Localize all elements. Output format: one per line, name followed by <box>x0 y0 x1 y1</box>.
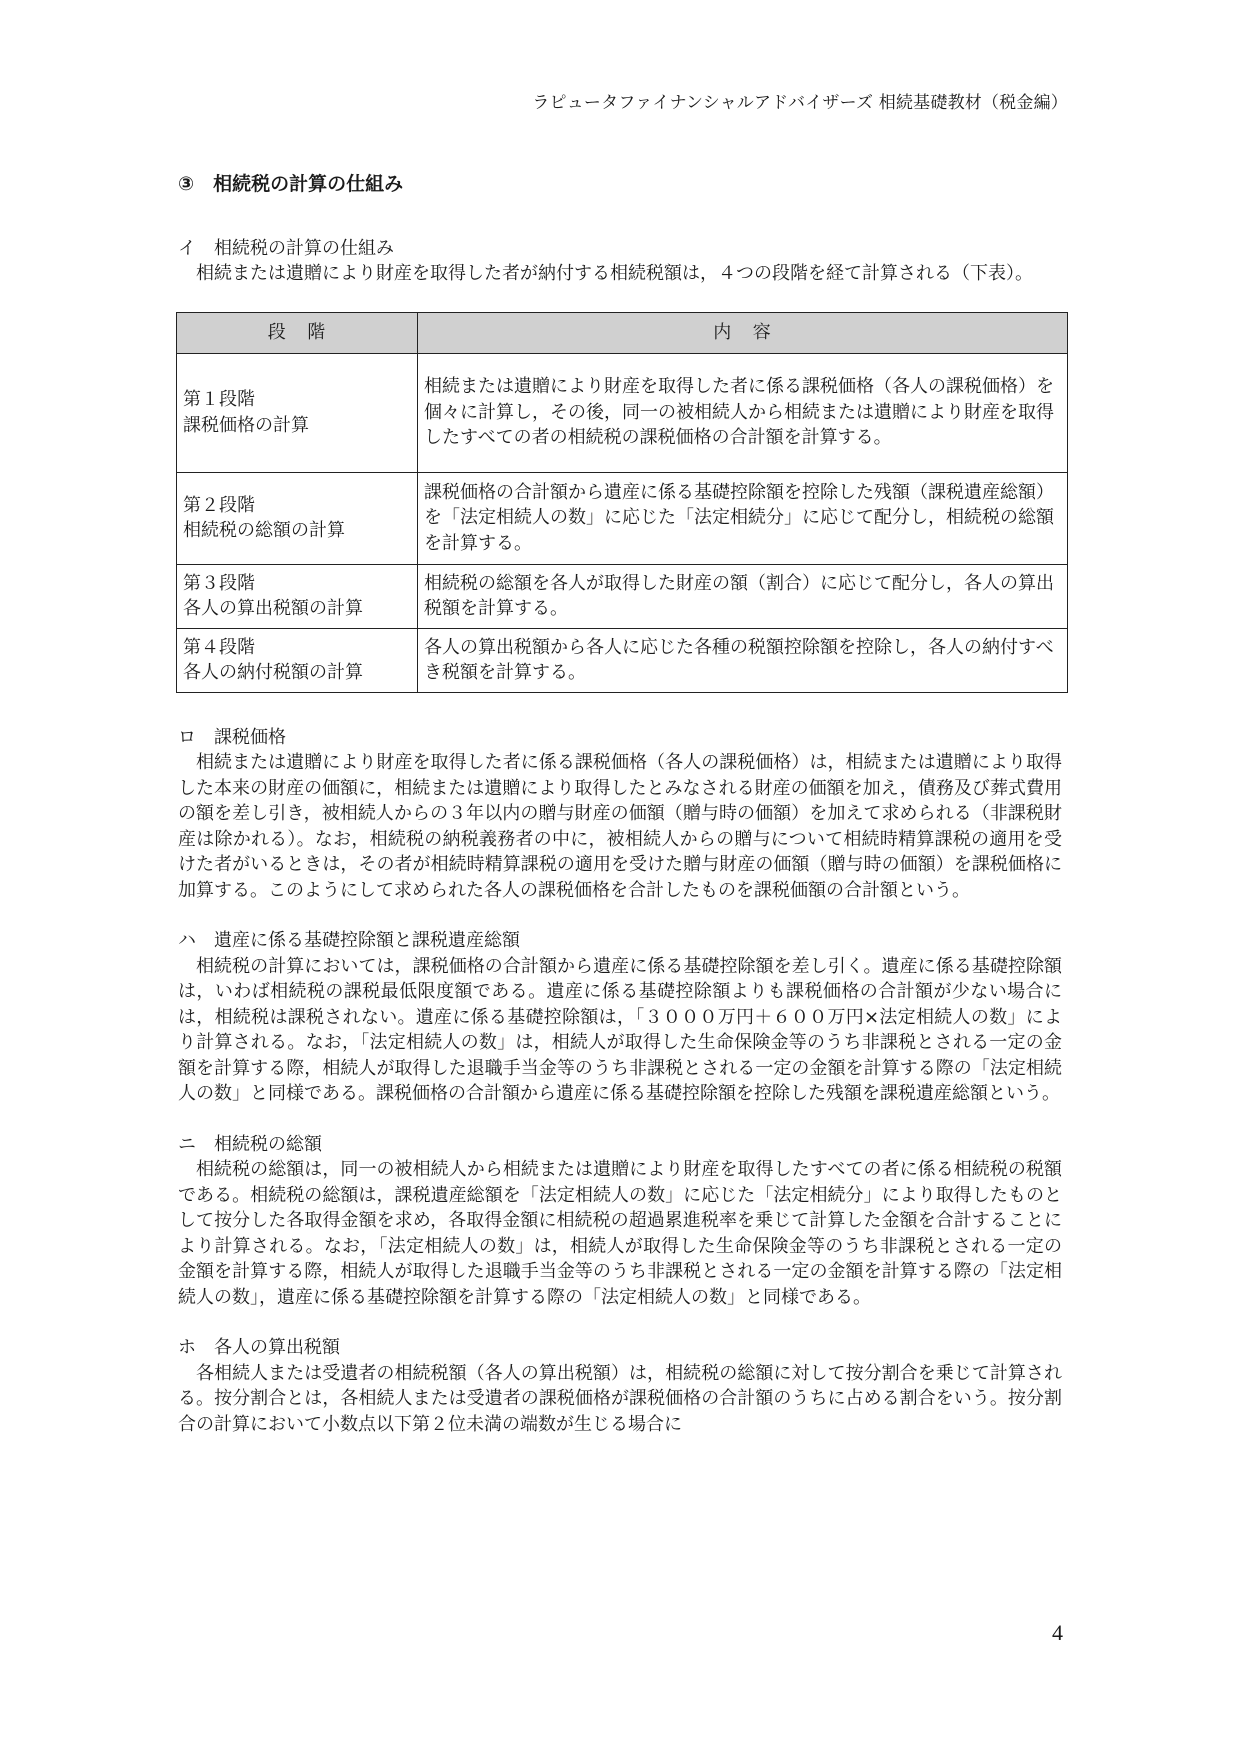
subsection-heading: ホ 各人の算出税額 <box>178 1335 1062 1361</box>
document-body: ③ 相続税の計算の仕組み イ 相続税の計算の仕組み 相続または遺贈により財産を取… <box>178 172 1062 1462</box>
stage-name: 各人の納付税額の計算 <box>183 660 411 686</box>
column-header-content: 内容 <box>418 312 1068 353</box>
content-cell: 課税価格の合計額から遺産に係る基礎控除額を控除した残額（課税遺産総額）を「法定相… <box>418 472 1068 564</box>
stage-number: 第４段階 <box>183 635 411 661</box>
table-row: 第１段階 課税価格の計算 相続または遺贈により財産を取得した者に係る課税価格（各… <box>177 353 1068 472</box>
content-cell: 各人の算出税額から各人に応じた各種の税額控除額を控除し，各人の納付すべき税額を計… <box>418 628 1068 692</box>
paragraph: 相続税の総額は，同一の被相続人から相続または遺贈により財産を取得したすべての者に… <box>178 1157 1062 1310</box>
page-number: 4 <box>1052 1620 1063 1646</box>
table-header-row: 段階 内容 <box>177 312 1068 353</box>
stage-cell: 第１段階 課税価格の計算 <box>177 353 418 472</box>
paragraph: 相続税の計算においては，課税価格の合計額から遺産に係る基礎控除額を差し引く。遺産… <box>178 954 1062 1107</box>
stage-name: 相続税の総額の計算 <box>183 518 411 544</box>
column-header-stage: 段階 <box>177 312 418 353</box>
subsection-heading: ニ 相続税の総額 <box>178 1132 1062 1158</box>
subsection-ho: ホ 各人の算出税額 各相続人または受遺者の相続税額（各人の算出税額）は，相続税の… <box>178 1335 1062 1437</box>
subsection-heading: イ 相続税の計算の仕組み <box>178 236 1062 262</box>
subsection-heading: ハ 遺産に係る基礎控除額と課税遺産総額 <box>178 928 1062 954</box>
section-title: ③ 相続税の計算の仕組み <box>178 172 1062 198</box>
stage-number: 第１段階 <box>183 387 411 413</box>
subsection-ro: ロ 課税価格 相続または遺贈により財産を取得した者に係る課税価格（各人の課税価格… <box>178 725 1062 904</box>
table-row: 第３段階 各人の算出税額の計算 相続税の総額を各人が取得した財産の額（割合）に応… <box>177 564 1068 628</box>
stage-name: 各人の算出税額の計算 <box>183 596 411 622</box>
content-cell: 相続税の総額を各人が取得した財産の額（割合）に応じて配分し，各人の算出税額を計算… <box>418 564 1068 628</box>
stage-name: 課税価格の計算 <box>183 413 411 439</box>
subsection-heading: ロ 課税価格 <box>178 725 1062 751</box>
paragraph: 各相続人または受遺者の相続税額（各人の算出税額）は，相続税の総額に対して按分割合… <box>178 1361 1062 1438</box>
stage-number: 第２段階 <box>183 493 411 519</box>
table-row: 第４段階 各人の納付税額の計算 各人の算出税額から各人に応じた各種の税額控除額を… <box>177 628 1068 692</box>
subsection-ha: ハ 遺産に係る基礎控除額と課税遺産総額 相続税の計算においては，課税価格の合計額… <box>178 928 1062 1107</box>
stage-cell: 第４段階 各人の納付税額の計算 <box>177 628 418 692</box>
stage-number: 第３段階 <box>183 571 411 597</box>
paragraph: 相続または遺贈により財産を取得した者が納付する相続税額は，４つの段階を経て計算さ… <box>178 261 1062 287</box>
paragraph: 相続または遺贈により財産を取得した者に係る課税価格（各人の課税価格）は，相続また… <box>178 750 1062 903</box>
running-header: ラピュータファイナンシャルアドバイザーズ 相続基礎教材（税金編） <box>532 88 1068 113</box>
table-row: 第２段階 相続税の総額の計算 課税価格の合計額から遺産に係る基礎控除額を控除した… <box>177 472 1068 564</box>
subsection-i: イ 相続税の計算の仕組み 相続または遺贈により財産を取得した者が納付する相続税額… <box>178 236 1062 287</box>
stage-cell: 第２段階 相続税の総額の計算 <box>177 472 418 564</box>
stage-cell: 第３段階 各人の算出税額の計算 <box>177 564 418 628</box>
calculation-stages-table: 段階 内容 第１段階 課税価格の計算 相続または遺贈により財産を取得した者に係る… <box>176 312 1068 693</box>
content-cell: 相続または遺贈により財産を取得した者に係る課税価格（各人の課税価格）を個々に計算… <box>418 353 1068 472</box>
subsection-ni: ニ 相続税の総額 相続税の総額は，同一の被相続人から相続または遺贈により財産を取… <box>178 1132 1062 1311</box>
